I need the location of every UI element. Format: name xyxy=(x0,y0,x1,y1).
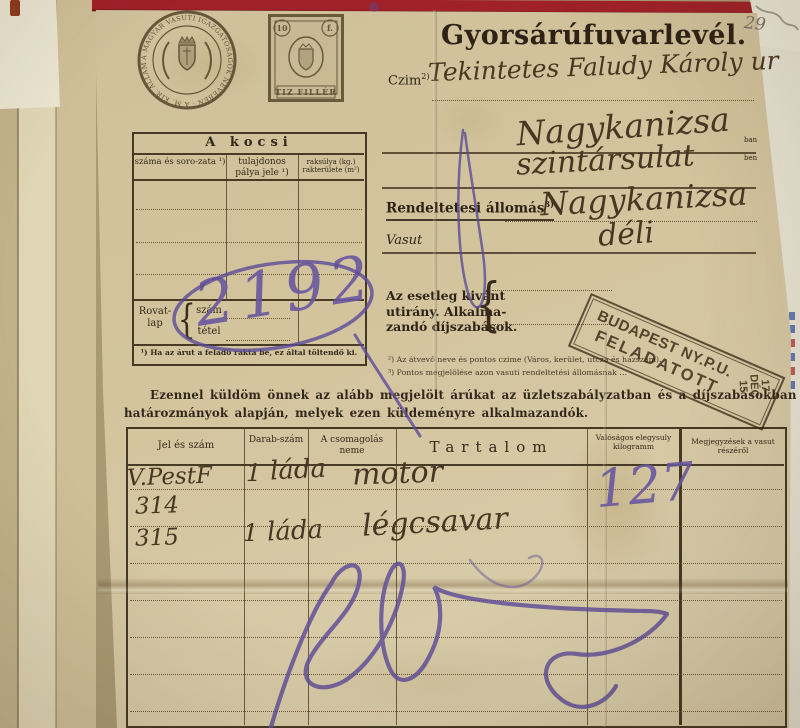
goods-pack-handwriting: láda xyxy=(269,456,326,485)
goods-qty-handwriting: 1 xyxy=(243,521,258,545)
destination-station-label-text: Rendeltetesi állomás xyxy=(386,201,545,217)
page-title: Gyorsárúfuvarlevél. xyxy=(441,20,747,51)
goods-col-header: Jel és szám xyxy=(128,440,244,452)
stamp-date: 17 DÉC 15 xyxy=(736,367,771,404)
rovat-line xyxy=(226,340,290,341)
stamp-value: 10 xyxy=(276,23,288,33)
goods-col-header: Megjegyzések a vasut részéről xyxy=(682,437,784,455)
paper-stack-left xyxy=(0,0,96,728)
goods-content-handwriting: motor xyxy=(352,457,444,490)
czim-label: Czim2) xyxy=(388,72,430,88)
goods-row-line xyxy=(130,637,782,638)
route-brace: { xyxy=(476,270,502,338)
goods-column-line xyxy=(244,429,245,725)
destination-station-handwriting: Nagykanizsa xyxy=(539,178,748,221)
goods-qty-handwriting: 1 xyxy=(246,461,261,485)
seal-wreath-right xyxy=(205,42,211,79)
paper-edge-strip xyxy=(56,0,96,728)
waybill-photo: A MAGYAR VASUTI IGAZGATÓSÁGOK NEVÉBEN · … xyxy=(0,0,800,728)
paper-edge-line xyxy=(17,0,19,728)
paper-edge-line xyxy=(55,0,57,728)
kocsi-col-header: száma és soro-zata ¹) xyxy=(134,157,226,167)
railway-label: Vasut xyxy=(386,233,422,248)
fold-crease-vertical xyxy=(433,10,437,392)
kocsi-table-title: A kocsi xyxy=(134,135,364,151)
kocsi-footnote: ¹) Ha az árut a feladó rakta be, ez álta… xyxy=(136,348,362,357)
goods-mark-handwriting: 315 xyxy=(135,526,180,551)
goods-row-line xyxy=(130,711,782,712)
destination-station-label: Rendeltetesi állomás3) xyxy=(386,199,554,221)
rovat-label: Rovat-lap xyxy=(135,306,175,330)
registry-edge-marks xyxy=(789,312,795,320)
paper-edge-strip xyxy=(18,0,56,728)
kocsi-col-header: tulajdonos pálya jele ¹) xyxy=(226,157,298,179)
goods-pack-handwriting: láda xyxy=(266,517,323,546)
goods-row-line xyxy=(130,600,782,601)
page-number-annotation: 29 xyxy=(743,15,766,34)
suffix-ben: ben xyxy=(744,154,757,162)
kocsi-rule xyxy=(134,179,364,181)
kocsi-row-line xyxy=(136,209,362,210)
goods-col-header: Darab-szám xyxy=(244,435,308,446)
kocsi-rule xyxy=(134,344,364,346)
goods-col-header: Tartalom xyxy=(396,438,587,456)
goods-content-handwriting: légcsavar xyxy=(361,504,508,542)
white-paper-corner-left xyxy=(0,0,60,109)
stamp-unit: f. xyxy=(327,23,333,33)
stamp-date-month: DÉC xyxy=(747,368,760,404)
goods-mark-handwriting: V.PestF xyxy=(127,465,213,491)
fold-crease-vertical xyxy=(603,330,607,727)
kocsi-rule xyxy=(134,153,364,155)
footnote-3: ³) Pontos megjelölése azon vasuti rendel… xyxy=(388,368,627,377)
kocsi-row-line xyxy=(136,242,362,243)
goods-mark-handwriting: 314 xyxy=(135,494,180,519)
stamp-date-year: 15 xyxy=(736,368,749,404)
seal-crown xyxy=(179,37,195,43)
fold-crease-horizontal xyxy=(98,578,788,594)
suffix-ban: ban xyxy=(744,136,757,144)
declaration-line2: határozmányok alapján, melyek ezen külde… xyxy=(124,404,800,422)
railway-handwriting: déli xyxy=(597,218,655,252)
goods-column-line xyxy=(587,429,588,725)
route-line xyxy=(492,290,612,291)
stamp-label: TIZ FILLÉR xyxy=(275,87,337,97)
stamp-date-day: 17 xyxy=(758,367,771,403)
red-wax-mark xyxy=(10,0,20,16)
printing-office-seal-icon: A MAGYAR VASUTI IGAZGATÓSÁGOK NEVÉBEN · … xyxy=(129,7,245,111)
railway-line xyxy=(382,252,756,254)
weight-handwriting: 127 xyxy=(593,456,696,516)
goods-row-line xyxy=(130,563,782,564)
seal-wreath-left xyxy=(163,42,169,79)
kocsi-col-header: raksúlya (kg.) rakterülete (m²) xyxy=(298,158,364,175)
czim-label-text: Czim xyxy=(388,73,421,88)
fee-stamp: 10 f. TIZ FILLÉR xyxy=(268,14,344,102)
goods-col-header: Valóságos elegysuly kilogramm xyxy=(587,433,680,451)
goods-row-line xyxy=(130,674,782,675)
